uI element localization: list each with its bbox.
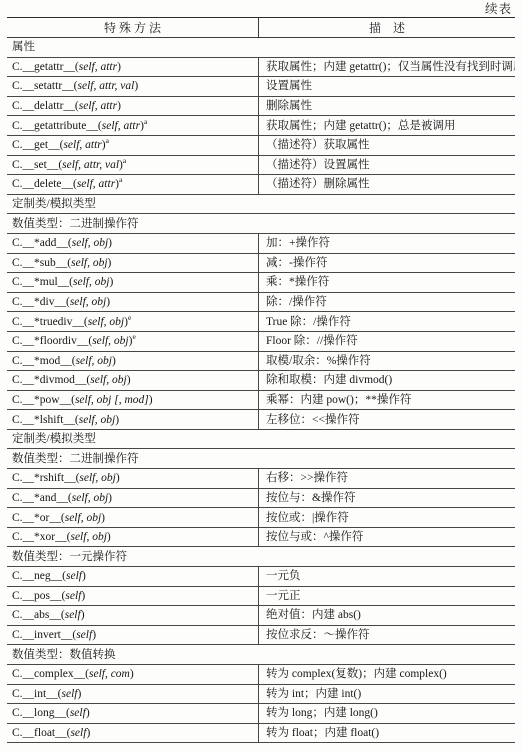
table-row: C.__*pow__(self, obj [, mod])乘幂：内建 pow()… <box>7 390 515 410</box>
table-row: C.__setattr__(self, attr, val)设置属性 <box>7 77 515 97</box>
description-cell: 左移位：<<操作符 <box>259 410 516 430</box>
method-cell: C.__delete__(self, attr)a <box>7 175 259 195</box>
table-row: C.__set__(self, attr, val)a（描述符）设置属性 <box>7 155 515 175</box>
method-cell: C.__*floordiv__(self, obj)e <box>7 331 259 351</box>
method-cell: C.__*pow__(self, obj [, mod]) <box>7 390 259 410</box>
section-row: 定制类/模拟类型 <box>7 194 515 214</box>
table-row: C.__*add__(self, obj)加：+操作符 <box>7 233 515 253</box>
description-cell: 加：+操作符 <box>259 233 516 253</box>
table-row: C.__neg__(self)一元负 <box>7 567 515 587</box>
method-cell: C.__pos__(self) <box>7 586 259 606</box>
table-row: C.__*mod__(self, obj)取模/取余：%操作符 <box>7 351 515 371</box>
description-cell: 一元正 <box>259 586 516 606</box>
table-row: C.__*and__(self, obj)按位与：&操作符 <box>7 488 515 508</box>
table-row: C.__int__(self)转为 int；内建 int() <box>7 684 515 704</box>
description-cell: 转为 int；内建 int() <box>259 684 516 704</box>
method-cell: C.__*xor__(self, obj) <box>7 527 259 547</box>
description-cell: 转为 complex(复数)；内建 complex() <box>259 665 516 685</box>
description-cell: （描述符）设置属性 <box>259 155 516 175</box>
method-cell: C.__*mod__(self, obj) <box>7 351 259 371</box>
description-cell: 删除属性 <box>259 96 516 116</box>
table-row: C.__*sub__(self, obj)减：-操作符 <box>7 253 515 273</box>
method-cell: C.__delattr__(self, attr) <box>7 96 259 116</box>
description-cell: 设置属性 <box>259 77 516 97</box>
method-cell: C.__getattr__(self, attr) <box>7 57 259 77</box>
footnote-marker: a <box>106 136 109 145</box>
description-cell: 乘幂：内建 pow()；**操作符 <box>259 390 516 410</box>
description-cell: （描述符）获取属性 <box>259 135 516 155</box>
section-row: 数值类型：二进制操作符 <box>7 214 515 234</box>
method-cell: C.__get__(self, attr)a <box>7 135 259 155</box>
method-cell: C.__*or__(self, obj) <box>7 508 259 528</box>
special-methods-table: 特 殊 方 法 描 述 属性C.__getattr__(self, attr)获… <box>7 17 515 743</box>
table-row: C.__delete__(self, attr)a（描述符）删除属性 <box>7 175 515 195</box>
description-cell: 按位与：&操作符 <box>259 488 516 508</box>
method-cell: C.__*mul__(self, obj) <box>7 273 259 293</box>
column-header-method: 特 殊 方 法 <box>7 18 259 38</box>
method-cell: C.__int__(self) <box>7 684 259 704</box>
table-row: C.__*xor__(self, obj)按位与或：^操作符 <box>7 527 515 547</box>
description-cell: 右移：>>操作符 <box>259 469 516 489</box>
method-cell: C.__setattr__(self, attr, val) <box>7 77 259 97</box>
method-cell: C.__*add__(self, obj) <box>7 233 259 253</box>
section-label: 属性 <box>7 38 515 58</box>
header-row: 特 殊 方 法 描 述 <box>7 18 515 38</box>
table-row: C.__complex__(self, com)转为 complex(复数)；内… <box>7 665 515 685</box>
method-cell: C.__set__(self, attr, val)a <box>7 155 259 175</box>
footnote-marker: e <box>132 332 135 341</box>
description-cell: 转为 float；内建 float() <box>259 723 516 743</box>
footnote-marker: a <box>123 156 126 165</box>
description-cell: 减：-操作符 <box>259 253 516 273</box>
description-cell: True 除：/操作符 <box>259 312 516 332</box>
section-label: 数值类型：二进制操作符 <box>7 449 515 469</box>
section-row: 数值类型：数值转换 <box>7 645 515 665</box>
section-row: 数值类型：二进制操作符 <box>7 449 515 469</box>
method-cell: C.__long__(self) <box>7 704 259 724</box>
description-cell: 转为 long；内建 long() <box>259 704 516 724</box>
table-row: C.__pos__(self)一元正 <box>7 586 515 606</box>
description-cell: 按位或：|操作符 <box>259 508 516 528</box>
method-cell: C.__*truediv__(self, obj)e <box>7 312 259 332</box>
table-row: C.__get__(self, attr)a（描述符）获取属性 <box>7 135 515 155</box>
section-label: 数值类型：一元操作符 <box>7 547 515 567</box>
description-cell: 取模/取余：%操作符 <box>259 351 516 371</box>
method-cell: C.__*divmod__(self, obj) <box>7 371 259 391</box>
table-row: C.__float__(self)转为 float；内建 float() <box>7 723 515 743</box>
method-cell: C.__*lshift__(self, obj) <box>7 410 259 430</box>
method-cell: C.__invert__(self) <box>7 625 259 645</box>
continued-table-label: 续表 <box>7 2 515 17</box>
method-cell: C.__getattribute__(self, attr)a <box>7 116 259 136</box>
description-cell: 除：/操作符 <box>259 292 516 312</box>
section-row: 定制类/模拟类型 <box>7 429 515 449</box>
method-cell: C.__*div__(self, obj) <box>7 292 259 312</box>
table-row: C.__delattr__(self, attr)删除属性 <box>7 96 515 116</box>
description-cell: 绝对值：内建 abs() <box>259 606 516 626</box>
description-cell: Floor 除：//操作符 <box>259 331 516 351</box>
table-row: C.__*or__(self, obj)按位或：|操作符 <box>7 508 515 528</box>
table-row: C.__*lshift__(self, obj)左移位：<<操作符 <box>7 410 515 430</box>
method-cell: C.__*and__(self, obj) <box>7 488 259 508</box>
section-label: 数值类型：二进制操作符 <box>7 214 515 234</box>
table-row: C.__getattribute__(self, attr)a获取属性；内建 g… <box>7 116 515 136</box>
table-row: C.__invert__(self)按位求反：～操作符 <box>7 625 515 645</box>
method-cell: C.__float__(self) <box>7 723 259 743</box>
table-body: 属性C.__getattr__(self, attr)获取属性；内建 getat… <box>7 38 515 743</box>
book-page: 续表 特 殊 方 法 描 述 属性C.__getattr__(self, att… <box>0 0 522 751</box>
table-row: C.__*floordiv__(self, obj)eFloor 除：//操作符 <box>7 331 515 351</box>
footnote-marker: e <box>128 313 131 322</box>
method-cell: C.__complex__(self, com) <box>7 665 259 685</box>
description-cell: 乘：*操作符 <box>259 273 516 293</box>
description-cell: 按位与或：^操作符 <box>259 527 516 547</box>
table-row: C.__abs__(self)绝对值：内建 abs() <box>7 606 515 626</box>
section-label: 数值类型：数值转换 <box>7 645 515 665</box>
footnote-marker: a <box>119 176 122 185</box>
footnote-marker: a <box>144 117 147 126</box>
method-cell: C.__neg__(self) <box>7 567 259 587</box>
section-row: 数值类型：一元操作符 <box>7 547 515 567</box>
section-label: 定制类/模拟类型 <box>7 194 515 214</box>
method-cell: C.__abs__(self) <box>7 606 259 626</box>
description-cell: 获取属性；内建 getattr()；总是被调用 <box>259 116 516 136</box>
table-row: C.__*div__(self, obj)除：/操作符 <box>7 292 515 312</box>
description-cell: 除和取模：内建 divmod() <box>259 371 516 391</box>
description-cell: （描述符）删除属性 <box>259 175 516 195</box>
table-row: C.__*mul__(self, obj)乘：*操作符 <box>7 273 515 293</box>
section-label: 定制类/模拟类型 <box>7 429 515 449</box>
method-cell: C.__*rshift__(self, obj) <box>7 469 259 489</box>
table-row: C.__getattr__(self, attr)获取属性；内建 getattr… <box>7 57 515 77</box>
table-header: 特 殊 方 法 描 述 <box>7 18 515 38</box>
description-cell: 一元负 <box>259 567 516 587</box>
table-row: C.__long__(self)转为 long；内建 long() <box>7 704 515 724</box>
table-row: C.__*rshift__(self, obj)右移：>>操作符 <box>7 469 515 489</box>
section-row: 属性 <box>7 38 515 58</box>
method-cell: C.__*sub__(self, obj) <box>7 253 259 273</box>
description-cell: 获取属性；内建 getattr()；仅当属性没有找到时调用 <box>259 57 516 77</box>
column-header-description: 描 述 <box>259 18 516 38</box>
table-row: C.__*truediv__(self, obj)eTrue 除：/操作符 <box>7 312 515 332</box>
table-row: C.__*divmod__(self, obj)除和取模：内建 divmod() <box>7 371 515 391</box>
description-cell: 按位求反：～操作符 <box>259 625 516 645</box>
